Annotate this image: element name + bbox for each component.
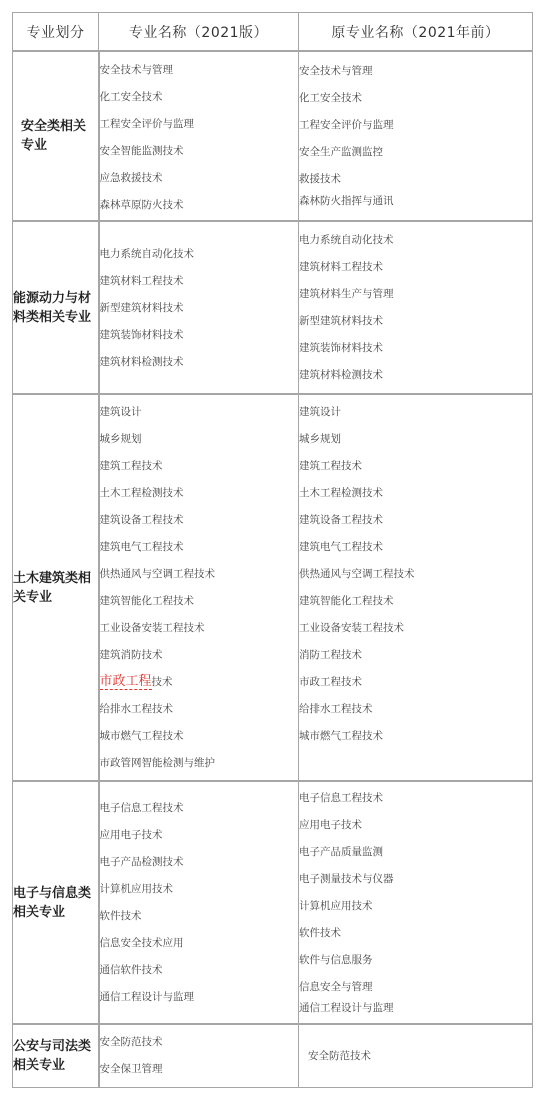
list-item: 安全生产监测监控 (299, 145, 532, 172)
list-item-municipal: 市政工程技术 (100, 675, 299, 702)
list-item: 城市燃气工程技术 (299, 729, 532, 743)
old-names-civil-engineering: 建筑设计 城乡规划 建筑工程技术 土木工程检测技术 建筑设备工程技术 建筑电气工… (299, 394, 533, 781)
category-energy-materials: 能源动力与材料类相关专业 (13, 221, 99, 394)
list-item: 通信工程设计与监理 (299, 1001, 532, 1015)
new-names-safety: 安全技术与管理 化工安全技术 工程安全评价与监理 安全智能监测技术 应急救援技术… (99, 51, 299, 221)
list-item: 信息安全技术应用 (100, 936, 299, 963)
list-item: 消防工程技术 (299, 648, 532, 675)
list-item: 建筑材料检测技术 (299, 368, 532, 382)
header-category: 专业划分 (13, 13, 99, 52)
list-item: 电子信息工程技术 (299, 791, 532, 818)
list-item: 建筑装饰材料技术 (100, 328, 299, 355)
list-item: 森林草原防火技术 (100, 198, 299, 212)
old-names-safety: 安全技术与管理 化工安全技术 工程安全评价与监理 安全生产监测监控 救援技术 森… (299, 51, 533, 221)
list-item: 电子测量技术与仪器 (299, 872, 532, 899)
new-names-energy-materials: 电力系统自动化技术 建筑材料工程技术 新型建筑材料技术 建筑装饰材料技术 建筑材… (99, 221, 299, 394)
category-civil-engineering: 土木建筑类相关专业 (13, 394, 99, 781)
list-item: 建筑智能化工程技术 (100, 594, 299, 621)
header-row: 专业划分 专业名称（2021版） 原专业名称（2021年前） (13, 13, 533, 52)
list-item: 给排水工程技术 (100, 702, 299, 729)
list-item: 软件与信息服务 (299, 953, 532, 980)
list-item: 市政工程技术 (299, 675, 532, 702)
municipal-suffix: 技术 (152, 676, 173, 688)
list-item: 城乡规划 (299, 432, 532, 459)
list-item: 建筑设计 (299, 405, 532, 432)
list-item: 工程安全评价与监理 (299, 118, 532, 145)
list-item: 工程安全评价与监理 (100, 117, 299, 144)
list-item: 计算机应用技术 (299, 899, 532, 926)
list-item: 建筑电气工程技术 (100, 540, 299, 567)
table-row-civil-engineering: 土木建筑类相关专业 建筑设计 城乡规划 建筑工程技术 土木工程检测技术 建筑设备… (13, 394, 533, 781)
list-item: 建筑设备工程技术 (299, 513, 532, 540)
list-item: 供热通风与空调工程技术 (100, 567, 299, 594)
list-item: 安全技术与管理 (299, 64, 532, 91)
list-item: 建筑材料工程技术 (100, 274, 299, 301)
old-names-electronics-information: 电子信息工程技术 应用电子技术 电子产品质量监测 电子测量技术与仪器 计算机应用… (299, 781, 533, 1024)
list-item: 应急救援技术 (100, 171, 299, 198)
table-row-safety: 安全类相关专业 安全技术与管理 化工安全技术 工程安全评价与监理 安全智能监测技… (13, 51, 533, 221)
list-item: 安全防范技术 (308, 1049, 532, 1063)
category-public-security: 公安与司法类相关专业 (13, 1024, 99, 1087)
list-item: 软件技术 (100, 909, 299, 936)
list-item: 城市燃气工程技术 (100, 729, 299, 756)
list-item: 信息安全与管理 (299, 980, 532, 1001)
list-item: 电力系统自动化技术 (299, 233, 532, 260)
list-item: 建筑消防技术 (100, 648, 299, 675)
list-item: 给排水工程技术 (299, 702, 532, 729)
list-item: 电力系统自动化技术 (100, 247, 299, 274)
municipal-engineering-link[interactable]: 市政工程 (100, 674, 152, 690)
list-item: 城乡规划 (100, 432, 299, 459)
list-item: 救援技术 (299, 172, 532, 194)
list-item: 安全防范技术 (100, 1035, 299, 1062)
list-item: 建筑材料检测技术 (100, 355, 299, 369)
list-item: 电子产品检测技术 (100, 855, 299, 882)
list-item: 计算机应用技术 (100, 882, 299, 909)
list-item: 安全技术与管理 (100, 63, 299, 90)
list-item: 建筑材料生产与管理 (299, 287, 532, 314)
list-item: 化工安全技术 (299, 91, 532, 118)
list-item: 建筑设计 (100, 405, 299, 432)
list-item: 应用电子技术 (299, 818, 532, 845)
list-item: 建筑设备工程技术 (100, 513, 299, 540)
list-item: 建筑装饰材料技术 (299, 341, 532, 368)
list-item: 建筑材料工程技术 (299, 260, 532, 287)
list-item: 土木工程检测技术 (299, 486, 532, 513)
list-item: 建筑智能化工程技术 (299, 594, 532, 621)
old-names-energy-materials: 电力系统自动化技术 建筑材料工程技术 建筑材料生产与管理 新型建筑材料技术 建筑… (299, 221, 533, 394)
table-row-electronics-information: 电子与信息类相关专业 电子信息工程技术 应用电子技术 电子产品检测技术 计算机应… (13, 781, 533, 1024)
list-item: 安全智能监测技术 (100, 144, 299, 171)
list-item: 应用电子技术 (100, 828, 299, 855)
list-item: 建筑工程技术 (100, 459, 299, 486)
list-item: 建筑电气工程技术 (299, 540, 532, 567)
list-item: 工业设备安装工程技术 (299, 621, 532, 648)
list-item: 新型建筑材料技术 (100, 301, 299, 328)
list-item: 通信软件技术 (100, 963, 299, 990)
list-item: 化工安全技术 (100, 90, 299, 117)
table-row-public-security: 公安与司法类相关专业 安全防范技术 安全保卫管理 安全防范技术 (13, 1024, 533, 1087)
list-item: 通信工程设计与监理 (100, 990, 299, 1004)
new-names-civil-engineering: 建筑设计 城乡规划 建筑工程技术 土木工程检测技术 建筑设备工程技术 建筑电气工… (99, 394, 299, 781)
new-names-electronics-information: 电子信息工程技术 应用电子技术 电子产品检测技术 计算机应用技术 软件技术 信息… (99, 781, 299, 1024)
list-item: 电子信息工程技术 (100, 801, 299, 828)
header-old-name: 原专业名称（2021年前） (299, 13, 533, 52)
table-row-energy-materials: 能源动力与材料类相关专业 电力系统自动化技术 建筑材料工程技术 新型建筑材料技术… (13, 221, 533, 394)
list-item: 建筑工程技术 (299, 459, 532, 486)
list-item: 电子产品质量监测 (299, 845, 532, 872)
list-item: 土木工程检测技术 (100, 486, 299, 513)
list-item: 软件技术 (299, 926, 532, 953)
category-electronics-information: 电子与信息类相关专业 (13, 781, 99, 1024)
list-item: 市政管网智能检测与维护 (100, 756, 299, 770)
list-item: 森林防火指挥与通讯 (299, 194, 532, 208)
list-item: 新型建筑材料技术 (299, 314, 532, 341)
old-names-public-security: 安全防范技术 (299, 1024, 533, 1087)
header-new-name: 专业名称（2021版） (99, 13, 299, 52)
list-item: 供热通风与空调工程技术 (299, 567, 532, 594)
category-safety: 安全类相关专业 (13, 51, 99, 221)
major-comparison-table: 专业划分 专业名称（2021版） 原专业名称（2021年前） 安全类相关专业 安… (12, 12, 533, 1088)
list-item: 工业设备安装工程技术 (100, 621, 299, 648)
new-names-public-security: 安全防范技术 安全保卫管理 (99, 1024, 299, 1087)
list-item: 安全保卫管理 (100, 1062, 299, 1076)
